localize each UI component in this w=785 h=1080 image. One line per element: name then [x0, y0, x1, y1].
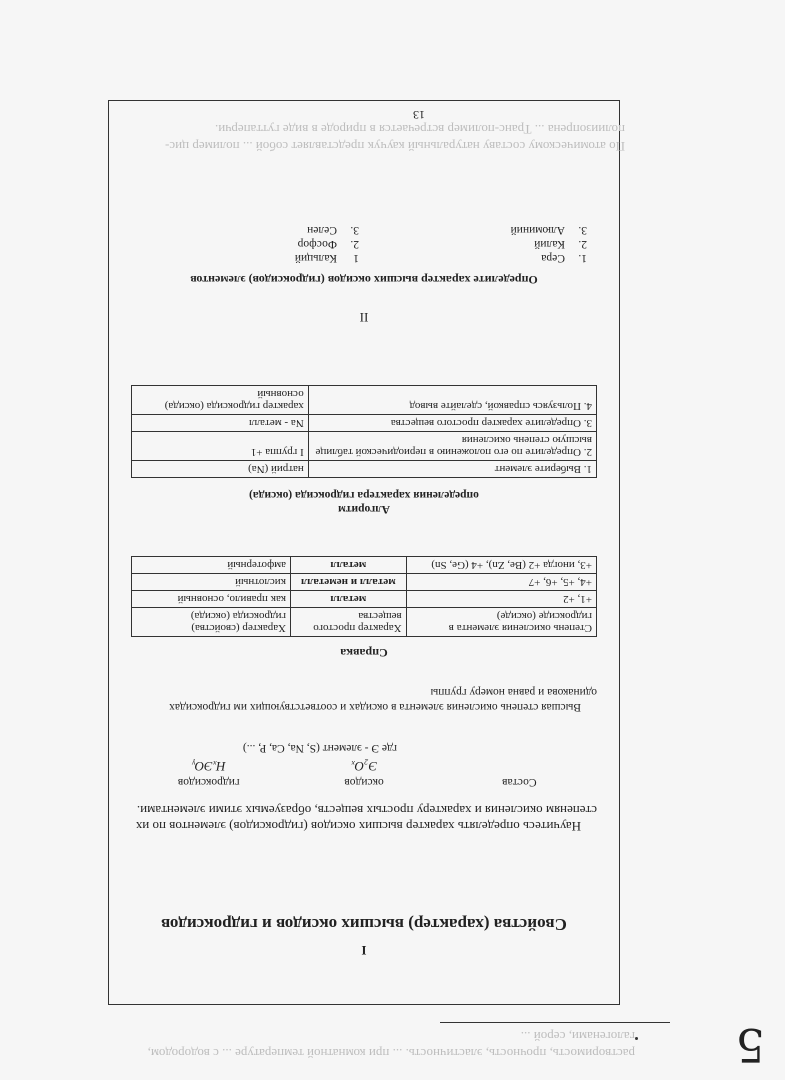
page-number: 13 — [413, 107, 425, 122]
hydroxides-label: гидроксидов — [131, 776, 286, 788]
bleed-through-text-bottom: По атомическому составу натуральный кауч… — [125, 121, 625, 155]
composition-labels: Состав оксидов гидроксидов — [131, 776, 597, 788]
goal-text: Научитесь определять характер высших окс… — [131, 802, 597, 834]
ink-dot — [635, 1037, 638, 1040]
algorithm-table: 1. Выберите элемент натрий (Na) 2. Опред… — [131, 385, 597, 478]
worksheet-title: Свойства (характер) высших оксидов и гид… — [131, 914, 597, 934]
element-item: Селен — [131, 224, 337, 236]
table-row: 1. Выберите элемент натрий (Na) — [132, 461, 597, 478]
section-number: I — [131, 942, 597, 958]
table-row: +4, +5, +6, +7 металл и неметалл кислотн… — [132, 574, 597, 591]
table-row: +3, иногда +2 (Be, Zn), +4 (Ge, Sn) мета… — [132, 557, 597, 574]
hydroxide-formula: HₓЭOᵧ — [131, 758, 286, 774]
element-item: Фосфор — [131, 238, 337, 250]
table-row: 3. Определите характер простого вещества… — [132, 415, 597, 432]
element-item: Алюминий — [359, 224, 565, 236]
ref-header-substance: Характер простого вещества — [291, 608, 407, 637]
section-2-number: II — [131, 309, 597, 325]
handwritten-page-marker: 5 — [736, 1018, 765, 1072]
oxides-label: оксидов — [286, 776, 441, 788]
ref-header-oxidation: Степень окисления элемента в гидроксиде … — [406, 608, 596, 637]
composition-label: Состав — [442, 776, 597, 788]
reference-table: Степень окисления элемента в гидроксиде … — [131, 556, 597, 637]
oxide-formula: Э₂Оₓ — [286, 758, 441, 774]
reference-title: Справка — [131, 645, 597, 660]
scanned-page-rotated: растворимость, прочность, эластичность. … — [0, 0, 785, 1080]
bleed-through-text-top: растворимость, прочность, эластичность. … — [135, 1028, 635, 1062]
underline-divider — [440, 1022, 670, 1023]
table-row: 4. Пользуясь справкой, сделайте вывод ха… — [132, 386, 597, 415]
element-item: Калий — [359, 238, 565, 250]
section-2-task: Определите характер высших оксидов (гидр… — [131, 272, 597, 287]
element-list: 1. Сера 1 Кальций 2. Калий 2. Фосфор 3. … — [131, 224, 597, 264]
algorithm-title: Алгоритм определения характера гидроксид… — [131, 488, 597, 516]
where-note: где Э - элемент (S, Na, Ca, P, ...) — [131, 742, 397, 754]
oxidation-rule: Высшая степень окисления элемента в окси… — [131, 684, 597, 714]
table-row: 2. Определите по его положению в периоди… — [132, 432, 597, 461]
ref-header-character: Характер (свойства) гидроксида (оксида) — [132, 608, 291, 637]
element-item: Сера — [359, 252, 565, 264]
table-row: +1, +2 металл как правило, основный — [132, 591, 597, 608]
worksheet-frame: I Свойства (характер) высших оксидов и г… — [108, 100, 620, 1005]
element-item: Кальций — [131, 252, 337, 264]
general-formulas: Э₂Оₓ HₓЭOᵧ — [131, 758, 597, 774]
